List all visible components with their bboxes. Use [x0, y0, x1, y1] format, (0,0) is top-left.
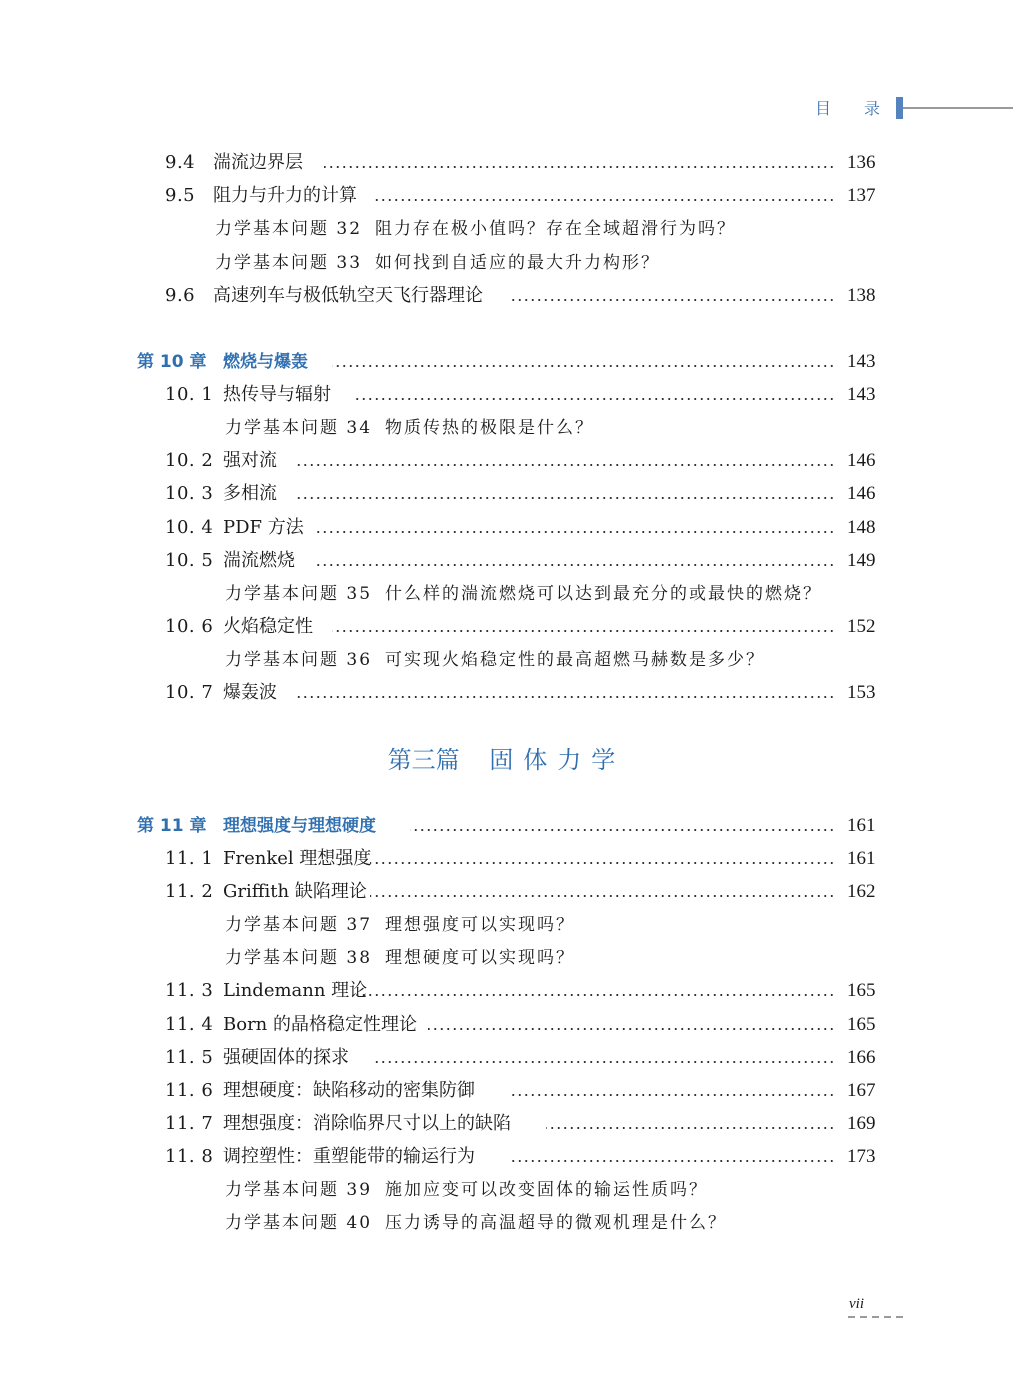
- page-number: 161: [847, 847, 876, 871]
- dot-leader: [294, 681, 835, 705]
- toc-entry-10-2[interactable]: 10. 2 强对流 146: [0, 449, 1013, 482]
- dot-leader: [372, 184, 835, 208]
- toc-entry-11-2[interactable]: 11. 2 Griffith 缺陷理论 162: [0, 880, 1013, 913]
- question-label: 力学基本问题 32: [215, 217, 362, 241]
- page-number: 173: [847, 1145, 876, 1169]
- toc-entry-11-6[interactable]: 11. 6 理想硬度：缺陷移动的密集防御 167: [0, 1079, 1013, 1112]
- dot-leader: [428, 1013, 835, 1037]
- dot-leader: [314, 549, 835, 573]
- toc-entry-10-4[interactable]: 10. 4 PDF 方法 148: [0, 516, 1013, 549]
- toc-question-34[interactable]: 力学基本问题 34 物质传热的极限是什么？: [0, 416, 1013, 449]
- page-number: 169: [847, 1112, 876, 1136]
- dot-leader: [332, 350, 835, 374]
- page-number: 161: [847, 814, 876, 838]
- part-name: 固体力学: [489, 746, 625, 774]
- page-number: 165: [847, 1013, 876, 1037]
- section-title: 湍流燃烧: [223, 549, 295, 573]
- page-number: 166: [847, 1046, 876, 1070]
- toc-entry-9-6[interactable]: 9.6 高速列车与极低轨空天飞行器理论 138: [0, 284, 1013, 317]
- section-title: 多相流: [223, 482, 277, 506]
- question-text: 理想硬度可以实现吗？: [385, 946, 575, 970]
- dot-leader: [294, 482, 835, 506]
- question-label: 力学基本问题 35: [225, 582, 372, 606]
- dot-leader: [324, 151, 835, 175]
- page-number: 136: [847, 151, 876, 175]
- section-number: 11. 4: [165, 1013, 213, 1037]
- section-title: 理想硬度：缺陷移动的密集防御: [223, 1079, 475, 1103]
- running-header-char-2: 录: [864, 99, 880, 119]
- dot-leader: [546, 1112, 835, 1136]
- dot-leader: [353, 979, 835, 1003]
- toc-entry-11-5[interactable]: 11. 5 强硬固体的探求 166: [0, 1046, 1013, 1079]
- toc-question-39[interactable]: 力学基本问题 39 施加应变可以改变固体的输运性质吗？: [0, 1178, 1013, 1211]
- page-number: 146: [847, 449, 876, 473]
- section-number: 11. 2: [165, 880, 213, 904]
- section-number: 11. 6: [165, 1079, 213, 1103]
- section-title: 调控塑性：重塑能带的输运行为: [223, 1145, 475, 1169]
- page-number: 143: [847, 350, 876, 374]
- section-title: 高速列车与极低轨空天飞行器理论: [213, 284, 483, 308]
- toc-entry-10-3[interactable]: 10. 3 多相流 146: [0, 482, 1013, 515]
- dot-leader: [508, 1079, 835, 1103]
- folio-dash-rule: [848, 1316, 906, 1318]
- page-number: 146: [847, 482, 876, 506]
- section-title: 热传导与辐射: [223, 383, 331, 407]
- section-title: 理想强度：消除临界尺寸以上的缺陷: [223, 1112, 511, 1136]
- section-number: 10. 5: [165, 549, 213, 573]
- toc-question-36[interactable]: 力学基本问题 36 可实现火焰稳定性的最高超燃马赫数是多少？: [0, 648, 1013, 681]
- page-number: 138: [847, 284, 876, 308]
- chapter-number: 第 10 章: [137, 350, 207, 374]
- toc-chapter-10[interactable]: 第 10 章 燃烧与爆轰 143: [0, 350, 1013, 383]
- dot-leader: [370, 847, 835, 871]
- page-number: 148: [847, 516, 876, 540]
- section-title: 爆轰波: [223, 681, 277, 705]
- question-text: 可实现火焰稳定性的最高超燃马赫数是多少？: [385, 648, 765, 672]
- toc-chapter-11[interactable]: 第 11 章 理想强度与理想硬度 161: [0, 814, 1013, 847]
- running-header-char-1: 目: [815, 99, 831, 119]
- toc-question-32[interactable]: 力学基本问题 32 阻力存在极小值吗？存在全域超滑行为吗？: [0, 217, 1013, 250]
- page-number: 137: [847, 184, 876, 208]
- toc-entry-9-5[interactable]: 9.5 阻力与升力的计算 137: [0, 184, 1013, 217]
- toc-entry-11-4[interactable]: 11. 4 Born 的晶格稳定性理论 165: [0, 1013, 1013, 1046]
- section-number: 10. 3: [165, 482, 213, 506]
- section-number: 10. 6: [165, 615, 213, 639]
- toc-entry-11-1[interactable]: 11. 1 Frenkel 理想强度 161: [0, 847, 1013, 880]
- section-title: Frenkel 理想强度: [223, 847, 371, 871]
- section-number: 9.4: [165, 151, 195, 175]
- section-title: 强硬固体的探求: [223, 1046, 349, 1070]
- section-number: 11. 8: [165, 1145, 213, 1169]
- part-number: 第三篇: [388, 746, 460, 774]
- page-folio: vii: [849, 1296, 864, 1312]
- question-text: 理想强度可以实现吗？: [385, 913, 575, 937]
- question-label: 力学基本问题 40: [225, 1211, 372, 1235]
- question-text: 阻力存在极小值吗？存在全域超滑行为吗？: [375, 217, 736, 241]
- section-number: 10. 4: [165, 516, 213, 540]
- toc-question-38[interactable]: 力学基本问题 38 理想硬度可以实现吗？: [0, 946, 1013, 979]
- question-text: 施加应变可以改变固体的输运性质吗？: [385, 1178, 708, 1202]
- dot-leader: [352, 383, 835, 407]
- chapter-title: 燃烧与爆轰: [223, 350, 308, 374]
- question-label: 力学基本问题 33: [215, 251, 362, 275]
- page-number: 149: [847, 549, 876, 573]
- toc-entry-10-6[interactable]: 10. 6 火焰稳定性 152: [0, 615, 1013, 648]
- section-number: 10. 2: [165, 449, 213, 473]
- toc-entry-10-7[interactable]: 10. 7 爆轰波 153: [0, 681, 1013, 714]
- section-number: 11. 3: [165, 979, 213, 1003]
- question-label: 力学基本问题 38: [225, 946, 372, 970]
- page-number: 152: [847, 615, 876, 639]
- header-rule: [903, 107, 1013, 109]
- dot-leader: [508, 1145, 835, 1169]
- dot-leader: [370, 880, 835, 904]
- page-number: 165: [847, 979, 876, 1003]
- section-number: 9.5: [165, 184, 195, 208]
- toc-entry-11-8[interactable]: 11. 8 调控塑性：重塑能带的输运行为 173: [0, 1145, 1013, 1178]
- chapter-number: 第 11 章: [137, 814, 207, 838]
- section-title: 火焰稳定性: [223, 615, 313, 639]
- toc-entry-10-1[interactable]: 10. 1 热传导与辐射 143: [0, 383, 1013, 416]
- page-number: 153: [847, 681, 876, 705]
- question-text: 物质传热的极限是什么？: [385, 416, 594, 440]
- dot-leader: [410, 814, 835, 838]
- section-number: 10. 7: [165, 681, 213, 705]
- toc-entry-11-7[interactable]: 11. 7 理想强度：消除临界尺寸以上的缺陷 169: [0, 1112, 1013, 1145]
- running-header: 目 录: [0, 97, 1013, 121]
- question-text: 什么样的湍流燃烧可以达到最充分的或最快的燃烧？: [385, 582, 822, 606]
- toc-question-40[interactable]: 力学基本问题 40 压力诱导的高温超导的微观机理是什么？: [0, 1211, 1013, 1244]
- question-label: 力学基本问题 36: [225, 648, 372, 672]
- toc-question-35[interactable]: 力学基本问题 35 什么样的湍流燃烧可以达到最充分的或最快的燃烧？: [0, 582, 1013, 615]
- section-number: 9.6: [165, 284, 195, 308]
- dot-leader: [372, 1046, 835, 1070]
- page-number: 167: [847, 1079, 876, 1103]
- section-number: 11. 1: [165, 847, 213, 871]
- question-text: 压力诱导的高温超导的微观机理是什么？: [385, 1211, 727, 1235]
- question-label: 力学基本问题 39: [225, 1178, 372, 1202]
- chapter-title: 理想强度与理想硬度: [223, 814, 376, 838]
- section-number: 11. 7: [165, 1112, 213, 1136]
- section-number: 10. 1: [165, 383, 213, 407]
- section-title: 阻力与升力的计算: [213, 184, 357, 208]
- toc-question-37[interactable]: 力学基本问题 37 理想强度可以实现吗？: [0, 913, 1013, 946]
- toc-entry-11-3[interactable]: 11. 3 Lindemann 理论 165: [0, 979, 1013, 1012]
- section-title: Lindemann 理论: [223, 979, 367, 1003]
- dot-leader: [508, 284, 835, 308]
- section-title: Born 的晶格稳定性理论: [223, 1013, 417, 1037]
- page-number: 143: [847, 383, 876, 407]
- question-label: 力学基本问题 37: [225, 913, 372, 937]
- question-label: 力学基本问题 34: [225, 416, 372, 440]
- dot-leader: [294, 449, 835, 473]
- toc-entry-10-5[interactable]: 10. 5 湍流燃烧 149: [0, 549, 1013, 582]
- header-accent-bar: [896, 97, 903, 119]
- section-title: 强对流: [223, 449, 277, 473]
- section-title: PDF 方法: [223, 516, 304, 540]
- dot-leader: [332, 615, 835, 639]
- toc-question-33[interactable]: 力学基本问题 33 如何找到自适应的最大升力构形？: [0, 251, 1013, 284]
- part-heading: 第三篇 固体力学: [0, 744, 1013, 776]
- section-number: 11. 5: [165, 1046, 213, 1070]
- toc-entry-9-4[interactable]: 9.4 湍流边界层 136: [0, 151, 1013, 184]
- question-text: 如何找到自适应的最大升力构形？: [375, 251, 660, 275]
- page-number: 162: [847, 880, 876, 904]
- dot-leader: [314, 516, 835, 540]
- section-title: 湍流边界层: [213, 151, 303, 175]
- section-title: Griffith 缺陷理论: [223, 880, 367, 904]
